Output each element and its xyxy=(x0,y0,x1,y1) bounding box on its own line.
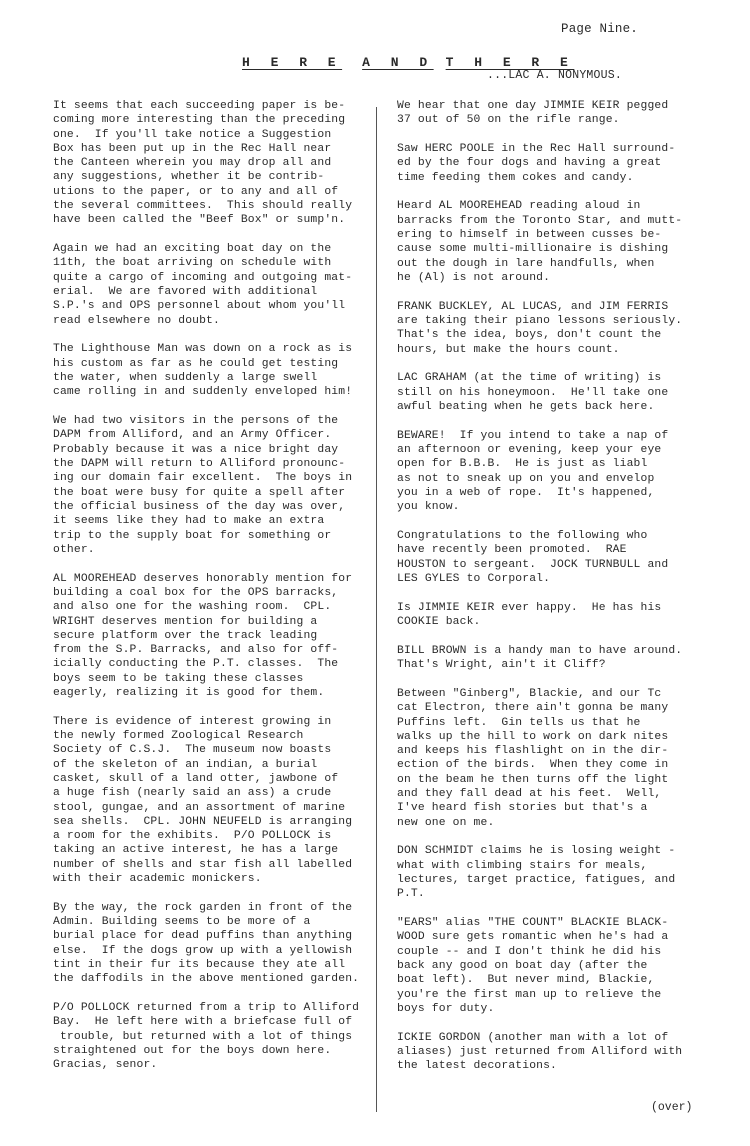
title-word-and: A N D xyxy=(362,55,434,70)
title-word-here: H E R E xyxy=(242,55,342,70)
paragraph-boat-day: Again we had an exciting boat day on the… xyxy=(53,242,393,328)
paragraph-don-schmidt: DON SCHMIDT claims he is losing weight -… xyxy=(397,844,737,901)
paragraph-visitors: We had two visitors in the persons of th… xyxy=(53,414,393,557)
paragraph-beware: BEWARE! If you intend to take a nap of a… xyxy=(397,429,737,515)
paragraph-suggestion-box: It seems that each succeeding paper is b… xyxy=(53,99,393,228)
paragraph-ickie-gordon: ICKIE GORDON (another man with a lot of … xyxy=(397,1031,737,1074)
right-column: We hear that one day JIMMIE KEIR pegged … xyxy=(397,99,737,1088)
byline: ...LAC A. NONYMOUS. xyxy=(487,69,622,82)
paragraph-lighthouse-man: The Lighthouse Man was down on a rock as… xyxy=(53,342,393,399)
paragraph-cookie-back: Is JIMMIE KEIR ever happy. He has his CO… xyxy=(397,601,737,630)
paragraph-blackie-blackwood: "EARS" alias "THE COUNT" BLACKIE BLACK- … xyxy=(397,916,737,1016)
paragraph-zoological-society: There is evidence of interest growing in… xyxy=(53,715,393,887)
paragraph-herc-poole: Saw HERC POOLE in the Rec Hall surround-… xyxy=(397,142,737,185)
paragraph-jimmie-keir-rifle: We hear that one day JIMMIE KEIR pegged … xyxy=(397,99,737,128)
paragraph-puffins: Between "Ginberg", Blackie, and our Tc c… xyxy=(397,687,737,830)
column-divider xyxy=(376,107,377,1112)
continued-over-note: (over) xyxy=(651,1101,692,1114)
paragraph-rock-garden: By the way, the rock garden in front of … xyxy=(53,901,393,987)
paragraph-pollock-returned: P/O POLLOCK returned from a trip to Alli… xyxy=(53,1001,393,1072)
title-word-there: T H E R E xyxy=(446,55,575,70)
left-column: It seems that each succeeding paper is b… xyxy=(53,99,393,1087)
paragraph-moorehead-wright: AL MOOREHEAD deserves honorably mention … xyxy=(53,572,393,701)
paragraph-piano-lessons: FRANK BUCKLEY, AL LUCAS, and JIM FERRIS … xyxy=(397,300,737,357)
section-title: H E R E A N D T H E R E xyxy=(242,55,574,70)
page-number: Page Nine. xyxy=(561,22,638,36)
paragraph-moorehead-star: Heard AL MOOREHEAD reading aloud in barr… xyxy=(397,199,737,285)
paragraph-lac-graham: LAC GRAHAM (at the time of writing) is s… xyxy=(397,371,737,414)
paragraph-bill-brown: BILL BROWN is a handy man to have around… xyxy=(397,644,737,673)
paragraph-promotions: Congratulations to the following who hav… xyxy=(397,529,737,586)
